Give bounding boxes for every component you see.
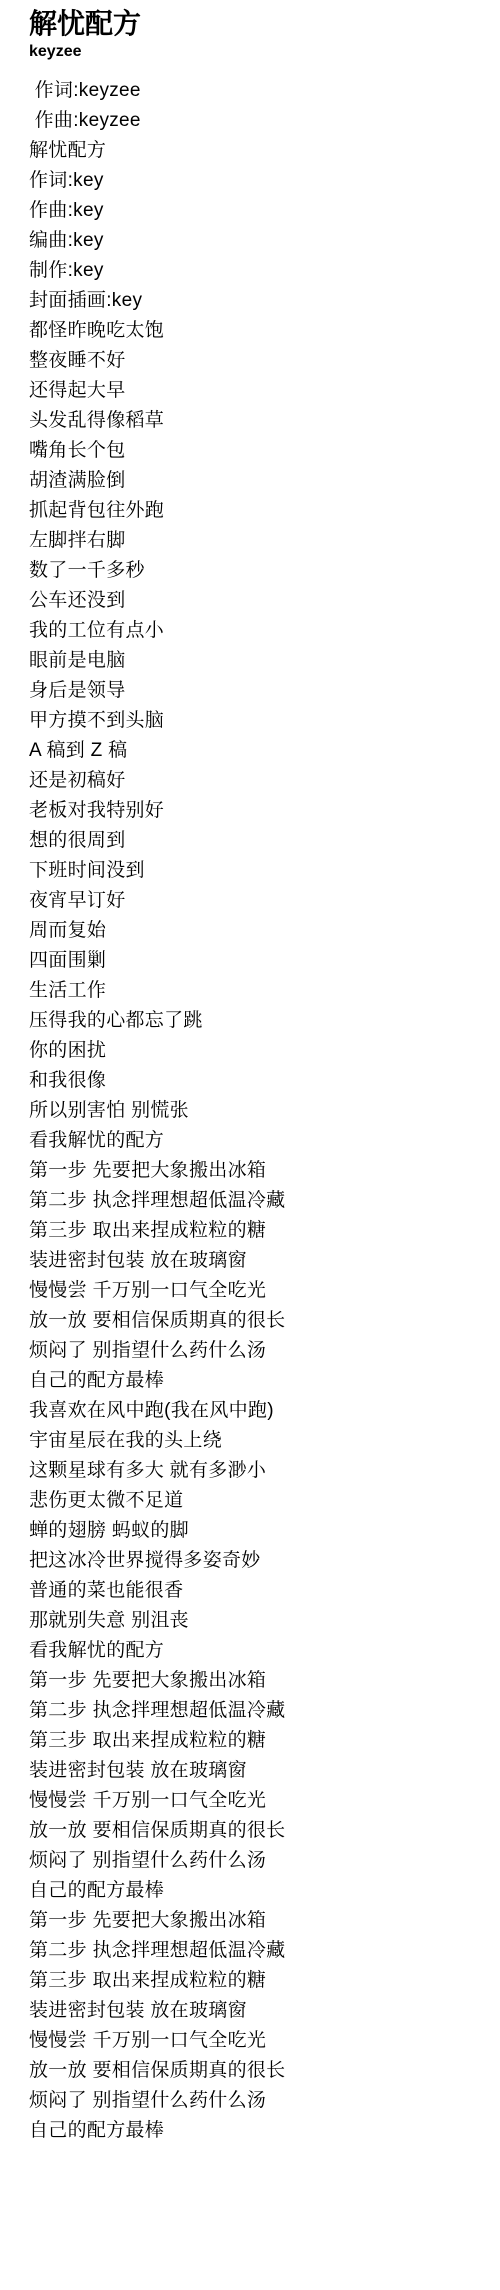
lyric-line: 悲伤更太微不足道: [29, 1486, 490, 1516]
lyric-line: 数了一千多秒: [29, 556, 490, 586]
lyric-line: 老板对我特别好: [29, 796, 490, 826]
lyric-line: 自己的配方最棒: [29, 1876, 490, 1906]
lyric-line: 公车还没到: [29, 586, 490, 616]
lyric-line: 那就别失意 别沮丧: [29, 1606, 490, 1636]
lyric-line: 还得起大早: [29, 376, 490, 406]
lyric-line: 生活工作: [29, 976, 490, 1006]
lyric-line: 放一放 要相信保质期真的很长: [29, 1306, 490, 1336]
lyric-line: 封面插画:key: [29, 286, 490, 316]
lyric-line: 第二步 执念拌理想超低温冷藏: [29, 1186, 490, 1216]
lyric-line: 慢慢尝 千万别一口气全吃光: [29, 1276, 490, 1306]
lyric-line: 抓起背包往外跑: [29, 496, 490, 526]
lyric-line: 放一放 要相信保质期真的很长: [29, 1816, 490, 1846]
lyric-line: 还是初稿好: [29, 766, 490, 796]
lyric-line: 想的很周到: [29, 826, 490, 856]
lyric-line: 第三步 取出来捏成粒粒的糖: [29, 1966, 490, 1996]
lyric-line: 作曲:key: [29, 196, 490, 226]
lyric-line: 装进密封包装 放在玻璃窗: [29, 1996, 490, 2026]
lyric-line: 这颗星球有多大 就有多渺小: [29, 1456, 490, 1486]
lyric-line: 和我很像: [29, 1066, 490, 1096]
lyric-line: 普通的菜也能很香: [29, 1576, 490, 1606]
lyric-line: 第三步 取出来捏成粒粒的糖: [29, 1726, 490, 1756]
lyric-line: 左脚拌右脚: [29, 526, 490, 556]
lyric-line: 我的工位有点小: [29, 616, 490, 646]
lyric-line: 烦闷了 别指望什么药什么汤: [29, 2086, 490, 2116]
lyric-line: 都怪昨晚吃太饱: [29, 316, 490, 346]
lyric-line: 四面围剿: [29, 946, 490, 976]
lyric-line: 压得我的心都忘了跳: [29, 1006, 490, 1036]
lyric-line: 眼前是电脑: [29, 646, 490, 676]
lyric-line: 把这冰冷世界搅得多姿奇妙: [29, 1546, 490, 1576]
lyric-line: 下班时间没到: [29, 856, 490, 886]
lyric-line: 作词:key: [29, 166, 490, 196]
lyric-line: 第三步 取出来捏成粒粒的糖: [29, 1216, 490, 1246]
lyric-line: 第二步 执念拌理想超低温冷藏: [29, 1696, 490, 1726]
lyric-line: 我喜欢在风中跑(我在风中跑): [29, 1396, 490, 1426]
lyric-line: 宇宙星辰在我的头上绕: [29, 1426, 490, 1456]
lyric-line: 整夜睡不好: [29, 346, 490, 376]
lyric-line: 慢慢尝 千万别一口气全吃光: [29, 1786, 490, 1816]
lyrics-block: 作词:keyzee 作曲:keyzee解忧配方作词:key作曲:key编曲:ke…: [29, 76, 490, 2146]
lyric-line: 慢慢尝 千万别一口气全吃光: [29, 2026, 490, 2056]
lyric-line: 烦闷了 别指望什么药什么汤: [29, 1336, 490, 1366]
lyric-line: 制作:key: [29, 256, 490, 286]
lyric-line: 自己的配方最棒: [29, 2116, 490, 2146]
lyric-line: 解忧配方: [29, 136, 490, 166]
lyric-line: 装进密封包装 放在玻璃窗: [29, 1246, 490, 1276]
lyric-line: 放一放 要相信保质期真的很长: [29, 2056, 490, 2086]
lyric-line: 你的困扰: [29, 1036, 490, 1066]
lyric-line: 第一步 先要把大象搬出冰箱: [29, 1666, 490, 1696]
lyrics-page: 解忧配方 keyzee 作词:keyzee 作曲:keyzee解忧配方作词:ke…: [0, 0, 500, 2146]
lyric-line: 蝉的翅膀 蚂蚁的脚: [29, 1516, 490, 1546]
lyric-line: 第二步 执念拌理想超低温冷藏: [29, 1936, 490, 1966]
lyric-line: A 稿到 Z 稿: [29, 736, 490, 766]
lyric-line: 自己的配方最棒: [29, 1366, 490, 1396]
lyric-line: 所以别害怕 别慌张: [29, 1096, 490, 1126]
artist-name: keyzee: [29, 42, 490, 62]
lyric-line: 作词:keyzee: [29, 76, 490, 106]
lyric-line: 看我解忧的配方: [29, 1636, 490, 1666]
lyric-line: 身后是领导: [29, 676, 490, 706]
lyric-line: 夜宵早订好: [29, 886, 490, 916]
lyric-line: 嘴角长个包: [29, 436, 490, 466]
lyric-line: 头发乱得像稻草: [29, 406, 490, 436]
lyric-line: 看我解忧的配方: [29, 1126, 490, 1156]
lyric-line: 第一步 先要把大象搬出冰箱: [29, 1906, 490, 1936]
page-title: 解忧配方: [29, 6, 490, 42]
lyric-line: 胡渣满脸倒: [29, 466, 490, 496]
lyric-line: 第一步 先要把大象搬出冰箱: [29, 1156, 490, 1186]
lyric-line: 周而复始: [29, 916, 490, 946]
lyric-line: 装进密封包装 放在玻璃窗: [29, 1756, 490, 1786]
lyric-line: 作曲:keyzee: [29, 106, 490, 136]
lyric-line: 编曲:key: [29, 226, 490, 256]
lyric-line: 烦闷了 别指望什么药什么汤: [29, 1846, 490, 1876]
lyric-line: 甲方摸不到头脑: [29, 706, 490, 736]
